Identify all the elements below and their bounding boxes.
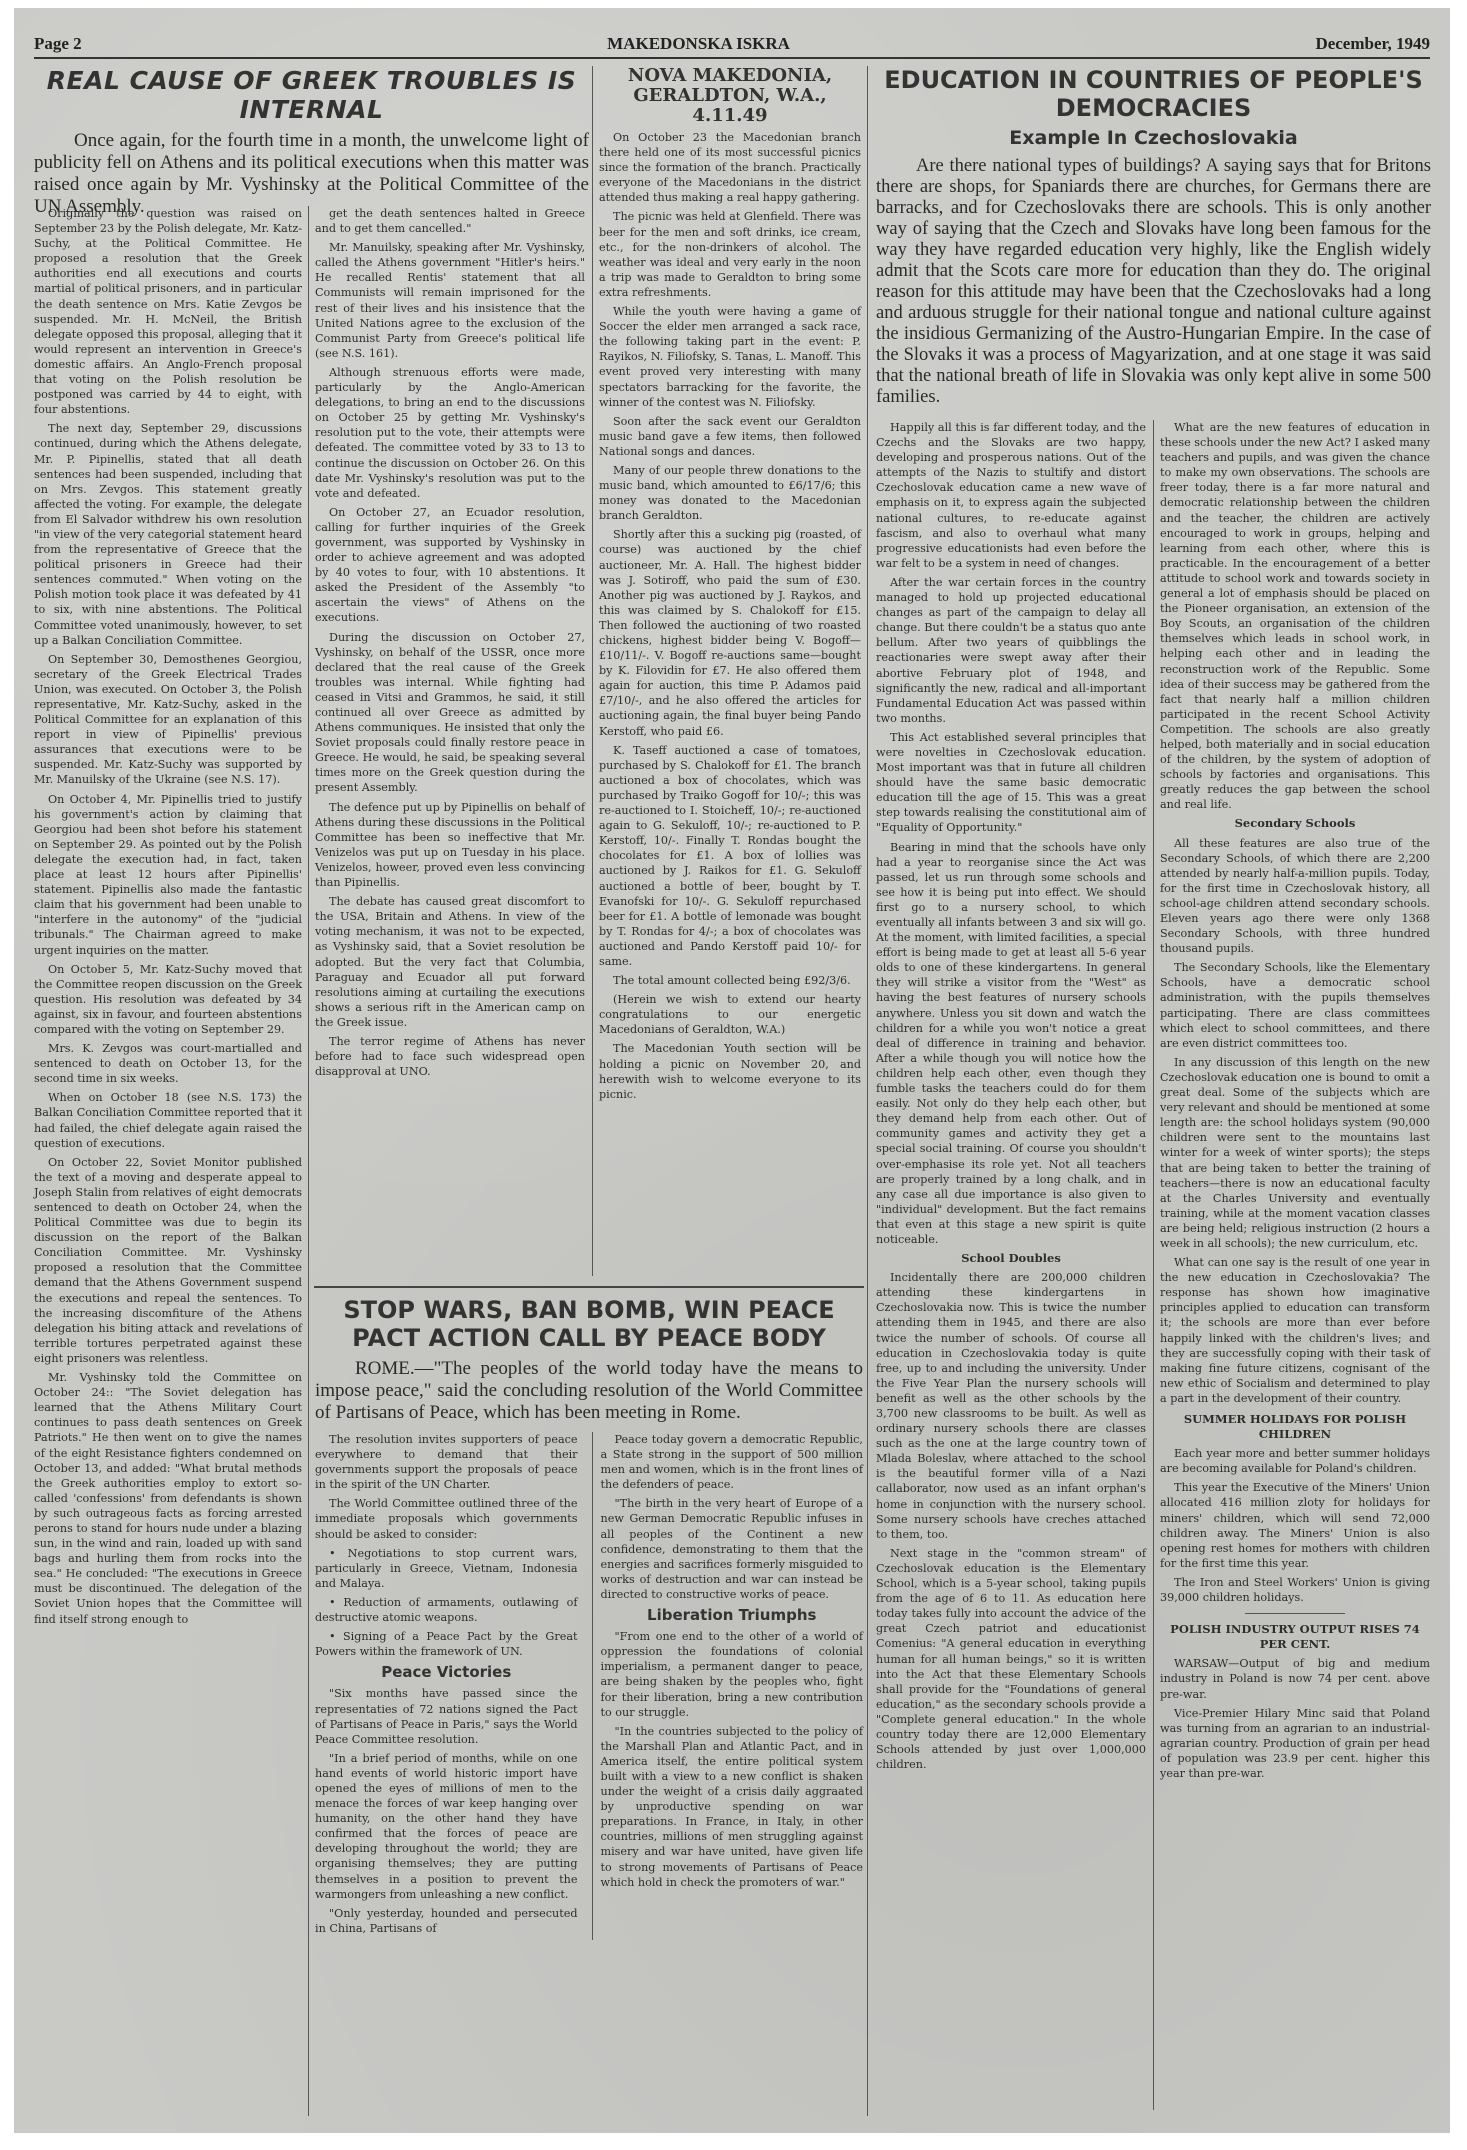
paragraph: get the death sentences halted in Greece…: [315, 206, 585, 236]
paragraph: During the discussion on October 27, Vys…: [315, 630, 585, 796]
paragraph: On October 27, an Ecuador resolution, ca…: [315, 505, 585, 626]
paragraph: "The birth in the very heart of Europe o…: [601, 1496, 864, 1602]
education-article-header: EDUCATION IN COUNTRIES OF PEOPLE'S DEMOC…: [876, 66, 1431, 408]
paragraph-list: WARSAW—Output of big and medium industry…: [1160, 1656, 1430, 1781]
column-rule: [592, 66, 593, 1276]
liberation-triumphs-subhead: Liberation Triumphs: [601, 1608, 864, 1623]
greek-lead: Once again, for the fourth time in a mon…: [34, 130, 589, 218]
school-doubles-subhead: School Doubles: [876, 1251, 1146, 1266]
paragraph: • Negotiations to stop current wars, par…: [315, 1546, 578, 1591]
paragraph: All these features are also true of the …: [1160, 836, 1430, 957]
paragraph: While the youth were having a game of So…: [599, 304, 861, 410]
paragraph: Peace today govern a democratic Republic…: [601, 1432, 864, 1492]
greek-col1: Originally the question was raised on Se…: [34, 206, 302, 1631]
paragraph-list: Happily all this is far different today,…: [876, 420, 1146, 1247]
paragraph-list: "From one end to the other of a world of…: [601, 1629, 864, 1890]
paragraph: • Reduction of armaments, outlawing of d…: [315, 1595, 578, 1625]
paragraph: Happily all this is far different today,…: [876, 420, 1146, 571]
paragraph-list: "Six months have passed since the repres…: [315, 1686, 578, 1936]
nova-makedonia-article: NOVA MAKEDONIA, GERALDTON, W.A., 4.11.49…: [599, 66, 861, 1106]
paragraph: The Secondary Schools, like the Elementa…: [1160, 960, 1430, 1051]
column-rule: [1153, 420, 1154, 2110]
paragraph: The total amount collected being £92/3/6…: [599, 973, 861, 988]
paragraph: "Six months have passed since the repres…: [315, 1686, 578, 1746]
paragraph: Originally the question was raised on Se…: [34, 206, 302, 417]
paragraph-list: All these features are also true of the …: [1160, 836, 1430, 1406]
paragraph: "Only yesterday, hounded and persecuted …: [315, 1906, 578, 1936]
education-lead-text: Are there national types of buildings? A…: [876, 156, 1431, 408]
paragraph: The Iron and Steel Workers' Union is giv…: [1160, 1575, 1430, 1605]
paragraph: "In a brief period of months, while on o…: [315, 1751, 578, 1902]
paragraph: The Macedonian Youth section will be hol…: [599, 1041, 861, 1101]
paragraph: Soon after the sack event our Geraldton …: [599, 414, 861, 459]
paragraph-list: The resolution invites supporters of pea…: [315, 1432, 578, 1659]
paragraph-list: Incidentally there are 200,000 children …: [876, 1270, 1146, 1772]
nova-headline: NOVA MAKEDONIA, GERALDTON, W.A., 4.11.49: [599, 66, 861, 126]
paragraph: This Act established several principles …: [876, 730, 1146, 836]
section-rule: [314, 1286, 864, 1288]
peace-col1: The resolution invites supporters of pea…: [315, 1432, 578, 1940]
paragraph: Shortly after this a sucking pig (roaste…: [599, 527, 861, 738]
paragraph: K. Taseff auctioned a case of tomatoes, …: [599, 743, 861, 969]
greek-col2: get the death sentences halted in Greece…: [315, 206, 585, 1083]
paragraph: The picnic was held at Glenfield. There …: [599, 209, 861, 300]
paragraph: On October 22, Soviet Monitor published …: [34, 1155, 302, 1366]
polish-holidays-headline: SUMMER HOLIDAYS FOR POLISH CHILDREN: [1160, 1412, 1430, 1442]
greek-lead-text: Once again, for the fourth time in a mon…: [34, 130, 589, 218]
newspaper-title: MAKEDONSKA ISKRA: [607, 34, 790, 54]
peace-lead: ROME.—"The peoples of the world today ha…: [315, 1358, 863, 1424]
paragraph: The next day, September 29, discussions …: [34, 421, 302, 647]
paragraph: Mrs. K. Zevgos was court-martialled and …: [34, 1041, 302, 1086]
paragraph: "In the countries subjected to the polic…: [601, 1724, 864, 1890]
paragraph: Vice-Premier Hilary Minc said that Polan…: [1160, 1706, 1430, 1781]
paragraph: Mr. Manuilsky, speaking after Mr. Vyshin…: [315, 240, 585, 361]
page-number: Page 2: [34, 34, 82, 54]
education-subheadline: Example In Czechoslovakia: [876, 124, 1431, 152]
paragraph: WARSAW—Output of big and medium industry…: [1160, 1656, 1430, 1701]
paragraph: The terror regime of Athens has never be…: [315, 1034, 585, 1079]
paragraph: Although strenuous efforts were made, pa…: [315, 365, 585, 501]
education-col2: What are the new features of education i…: [1160, 420, 1430, 1785]
paragraph: This year the Executive of the Miners' U…: [1160, 1480, 1430, 1571]
peace-col2: Peace today govern a democratic Republic…: [592, 1432, 864, 1940]
greek-article-header: REAL CAUSE OF GREEK TROUBLES IS INTERNAL…: [34, 66, 589, 218]
issue-date: December, 1949: [1315, 34, 1430, 54]
paragraph: The debate has caused great discomfort t…: [315, 894, 585, 1030]
paragraph: Each year more and better summer holiday…: [1160, 1446, 1430, 1476]
section-rule: [1245, 1613, 1345, 1614]
peace-victories-subhead: Peace Victories: [315, 1665, 578, 1680]
paragraph: Many of our people threw donations to th…: [599, 463, 861, 523]
education-headline: EDUCATION IN COUNTRIES OF PEOPLE'S DEMOC…: [876, 66, 1431, 122]
paragraph: On October 23 the Macedonian branch ther…: [599, 130, 861, 205]
paragraph: When on October 18 (see N.S. 173) the Ba…: [34, 1090, 302, 1150]
paragraph-list: Peace today govern a democratic Republic…: [601, 1432, 864, 1602]
paragraph: After the war certain forces in the coun…: [876, 575, 1146, 726]
paragraph: Mr. Vyshinsky told the Committee on Octo…: [34, 1370, 302, 1627]
column-rule: [308, 206, 309, 2116]
paragraph-list: What are the new features of education i…: [1160, 420, 1430, 812]
paragraph: (Herein we wish to extend our hearty con…: [599, 992, 861, 1037]
peace-article: STOP WARS, BAN BOMB, WIN PEACE PACT ACTI…: [315, 1296, 863, 1940]
paragraph: "From one end to the other of a world of…: [601, 1629, 864, 1720]
education-col1: Happily all this is far different today,…: [876, 420, 1146, 1776]
paragraph-list: Each year more and better summer holiday…: [1160, 1446, 1430, 1605]
paragraph: The defence put up by Pipinellis on beha…: [315, 800, 585, 891]
peace-lead-text: ROME.—"The peoples of the world today ha…: [315, 1358, 863, 1424]
masthead: Page 2 MAKEDONSKA ISKRA December, 1949: [34, 30, 1430, 59]
paragraph: The resolution invites supporters of pea…: [315, 1432, 578, 1492]
column-rule: [867, 66, 868, 2116]
paragraph-list: get the death sentences halted in Greece…: [315, 206, 585, 1079]
peace-headline: STOP WARS, BAN BOMB, WIN PEACE PACT ACTI…: [315, 1296, 863, 1352]
paragraph: In any discussion of this length on the …: [1160, 1055, 1430, 1251]
paragraph-list: Originally the question was raised on Se…: [34, 206, 302, 1627]
newspaper-page: Page 2 MAKEDONSKA ISKRA December, 1949 R…: [14, 8, 1450, 2133]
paragraph: The World Committee outlined three of th…: [315, 1496, 578, 1541]
paragraph: Bearing in mind that the schools have on…: [876, 840, 1146, 1248]
education-lead: Are there national types of buildings? A…: [876, 156, 1431, 408]
secondary-schools-subhead: Secondary Schools: [1160, 816, 1430, 831]
paragraph: Next stage in the "common stream" of Cze…: [876, 1546, 1146, 1772]
paragraph: On October 4, Mr. Pipinellis tried to ju…: [34, 792, 302, 958]
paragraph: What are the new features of education i…: [1160, 420, 1430, 812]
paragraph-list: On October 23 the Macedonian branch ther…: [599, 130, 861, 1102]
paragraph: On September 30, Demosthenes Georgiou, s…: [34, 652, 302, 788]
polish-industry-headline: POLISH INDUSTRY OUTPUT RISES 74 PER CENT…: [1160, 1622, 1430, 1652]
paragraph: What can one say is the result of one ye…: [1160, 1255, 1430, 1406]
paragraph: Incidentally there are 200,000 children …: [876, 1270, 1146, 1542]
greek-headline: REAL CAUSE OF GREEK TROUBLES IS INTERNAL: [34, 66, 589, 124]
paragraph: • Signing of a Peace Pact by the Great P…: [315, 1629, 578, 1659]
paragraph: On October 5, Mr. Katz-Suchy moved that …: [34, 962, 302, 1037]
